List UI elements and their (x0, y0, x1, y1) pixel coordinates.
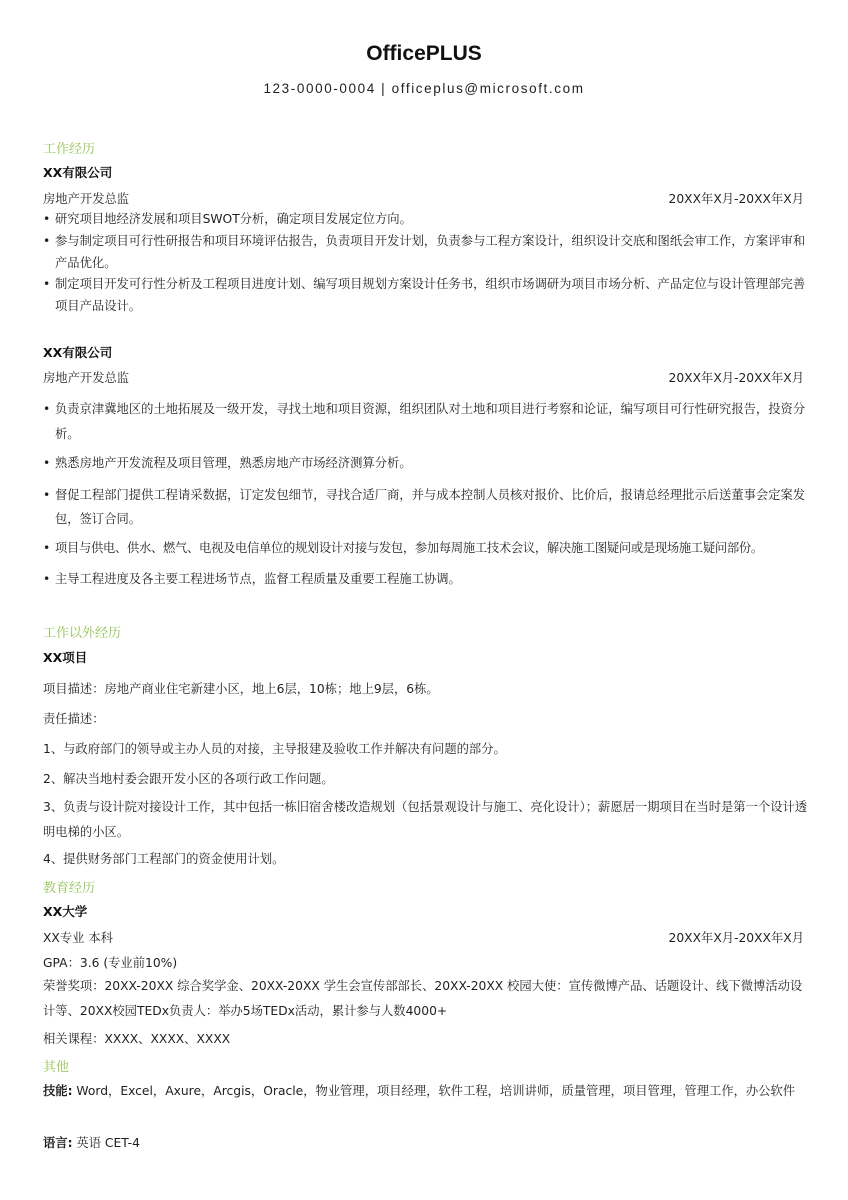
language-label: 语言: (43, 1136, 73, 1150)
contact-info: 123-0000-0004 | officeplus@microsoft.com (0, 81, 848, 96)
job-bullet: •项目与供电、供水、燃气、电视及电信单位的规划设计对接与发包，参加每周施工技术会… (43, 537, 843, 559)
bullet-icon: • (43, 208, 50, 230)
section-heading-education: 教育经历 (43, 877, 95, 896)
bullet-icon: • (43, 452, 50, 474)
bullet-icon: • (43, 568, 50, 590)
company-name: XX有限公司 (43, 163, 112, 181)
job-period: 20XX年X月-20XX年X月 (669, 368, 804, 386)
skills: 技能: Word，Excel，Axure，Arcgis，Oracle，物业管理，… (43, 1079, 813, 1104)
skills-value: Word，Excel，Axure，Arcgis，Oracle，物业管理，项目经理… (73, 1084, 796, 1098)
job-bullet: •负责京津冀地区的土地拓展及一级开发，寻找土地和项目资源，组织团队对土地和项目进… (43, 397, 813, 447)
bullet-icon: • (43, 397, 50, 422)
job-role: 房地产开发总监 (43, 368, 129, 386)
job-bullet: •主导工程进度及各主要工程进场节点，监督工程质量及重要工程施工协调。 (43, 568, 813, 590)
gpa: GPA：3.6 (专业前10%) (43, 953, 177, 971)
section-heading-others: 其他 (43, 1056, 69, 1075)
responsibility-item: 2、解决当地村委会跟开发小区的各项行政工作问题。 (43, 769, 334, 787)
section-heading-work: 工作经历 (43, 138, 95, 157)
skills-label: 技能: (43, 1084, 73, 1098)
bullet-icon: • (43, 483, 50, 507)
job-bullet: •参与制定项目可行性研报告和项目环境评估报告，负责项目开发计划，负责参与工程方案… (43, 230, 813, 274)
courses: 相关课程：XXXX、XXXX、XXXX (43, 1029, 230, 1047)
company-name: XX有限公司 (43, 343, 112, 361)
language: 语言: 英语 CET-4 (43, 1133, 140, 1151)
job-role: 房地产开发总监 (43, 189, 129, 207)
job-bullet: •督促工程部门提供工程请采数据，订定发包细节，寻找合适厂商，并与成本控制人员核对… (43, 483, 813, 531)
job-bullet: •熟悉房地产开发流程及项目管理，熟悉房地产市场经济测算分析。 (43, 452, 813, 474)
section-heading-other-experience: 工作以外经历 (43, 622, 121, 641)
education-period: 20XX年X月-20XX年X月 (669, 928, 804, 946)
job-bullet: •制定项目开发可行性分析及工程项目进度计划、编写项目规划方案设计任务书，组织市场… (43, 273, 813, 317)
major-degree: XX专业 本科 (43, 928, 113, 946)
language-value: 英语 CET-4 (73, 1136, 140, 1150)
resume-name: OfficePLUS (0, 42, 848, 66)
job-period: 20XX年X月-20XX年X月 (669, 189, 804, 207)
responsibility-item: 1、与政府部门的领导或主办人员的对接，主导报建及验收工作并解决有问题的部分。 (43, 739, 506, 757)
bullet-icon: • (43, 230, 50, 252)
bullet-icon: • (43, 537, 50, 559)
school-name: XX大学 (43, 902, 87, 920)
project-name: XX项目 (43, 648, 87, 666)
job-bullet: •研究项目地经济发展和项目SWOT分析，确定项目发展定位方向。 (43, 208, 813, 230)
responsibility-item: 4、提供财务部门工程部门的资金使用计划。 (43, 849, 284, 867)
responsibility-item: 3、负责与设计院对接设计工作，其中包括一栋旧宿舍楼改造规划（包括景观设计与施工、… (43, 795, 813, 844)
project-description: 项目描述：房地产商业住宅新建小区，地上6层，10栋；地上9层，6栋。 (43, 679, 439, 697)
responsibility-label: 责任描述： (43, 709, 105, 727)
honors: 荣誉奖项：20XX-20XX 综合奖学金、20XX-20XX 学生会宣传部部长、… (43, 974, 813, 1023)
bullet-icon: • (43, 273, 50, 295)
